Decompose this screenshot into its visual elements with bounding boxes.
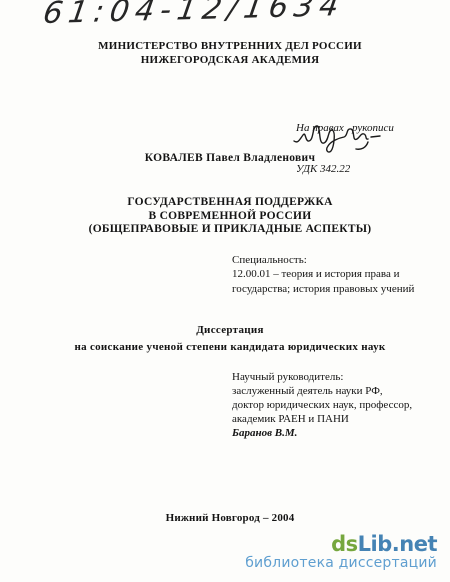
specialty-line-1: 12.00.01 – теория и история права и bbox=[232, 267, 432, 281]
advisor-block: Научный руководитель: заслуженный деятел… bbox=[232, 370, 442, 440]
specialty-block: Специальность: 12.00.01 – теория и истор… bbox=[232, 253, 432, 296]
advisor-name: Баранов В.М. bbox=[232, 426, 442, 440]
logo-libnet-text: Lib.net bbox=[358, 532, 437, 556]
advisor-label: Научный руководитель: bbox=[232, 370, 442, 384]
thesis-type-block: Диссертация на соискание ученой степени … bbox=[5, 322, 450, 355]
thesis-type-line-1: Диссертация bbox=[5, 322, 450, 339]
specialty-line-2: государства; история правовых учений bbox=[232, 282, 432, 296]
ministry-line-2: НИЖЕГОРОДСКАЯ АКАДЕМИЯ bbox=[5, 53, 450, 67]
city-year: Нижний Новгород – 2004 bbox=[5, 512, 450, 524]
dissertation-title: ГОСУДАРСТВЕННАЯ ПОДДЕРЖКА В СОВРЕМЕННОЙ … bbox=[5, 196, 450, 237]
advisor-line-1: заслуженный деятель науки РФ, bbox=[232, 384, 442, 398]
udk-number: УДК 342.22 bbox=[296, 163, 394, 177]
handwritten-catalog-number: 61:04-12/1634 bbox=[41, 0, 347, 31]
specialty-label: Специальность: bbox=[232, 253, 432, 267]
dslib-watermark: dsLib.net библиотека диссертаций bbox=[245, 533, 437, 571]
title-line-2: В СОВРЕМЕННОЙ РОССИИ bbox=[5, 210, 450, 224]
advisor-line-2: доктор юридических наук, профессор, bbox=[232, 398, 442, 412]
ministry-line-1: МИНИСТЕРСТВО ВНУТРЕННИХ ДЕЛ РОССИИ bbox=[5, 39, 450, 53]
title-line-3: (ОБЩЕПРАВОВЫЕ И ПРИКЛАДНЫЕ АСПЕКТЫ) bbox=[5, 223, 450, 237]
ministry-block: МИНИСТЕРСТВО ВНУТРЕННИХ ДЕЛ РОССИИ НИЖЕГ… bbox=[5, 39, 450, 67]
title-line-1: ГОСУДАРСТВЕННАЯ ПОДДЕРЖКА bbox=[5, 196, 450, 210]
signature-icon bbox=[291, 120, 383, 154]
logo-subtitle: библиотека диссертаций bbox=[245, 556, 437, 571]
dslib-logo: dsLib.net bbox=[245, 533, 437, 555]
author-name: КОВАЛЕВ Павел Владленович bbox=[5, 152, 450, 164]
advisor-line-3: академик РАЕН и ПАНИ bbox=[232, 412, 442, 426]
logo-ds-text: ds bbox=[331, 532, 358, 556]
thesis-type-line-2: на соискание ученой степени кандидата юр… bbox=[5, 339, 450, 356]
